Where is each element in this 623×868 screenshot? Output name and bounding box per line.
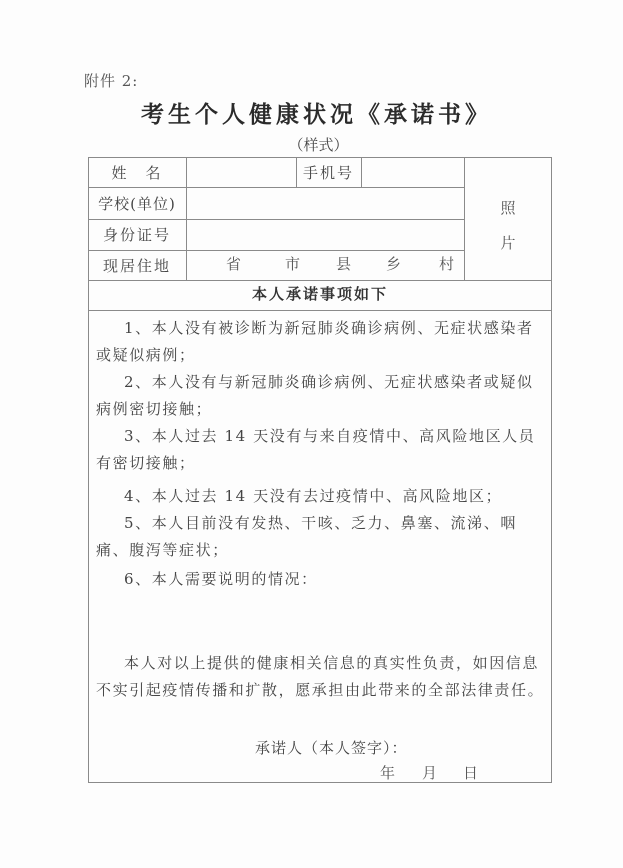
row-divider: [88, 310, 552, 311]
address-province: 省: [226, 253, 241, 274]
phone-label: 手机号: [296, 157, 361, 187]
commitment-item-6: 6、本人需要说明的情况：: [96, 566, 546, 593]
photo-label-1: 照: [464, 197, 552, 218]
commitment-item-5: 5、本人目前没有发热、干咳、乏力、鼻塞、流涕、咽痛、腹泻等症状；: [96, 510, 546, 564]
id-number-label: 身份证号: [88, 219, 186, 250]
commitment-item-3: 3、本人过去 14 天没有与来自疫情中、高风险地区人员有密切接触；: [96, 423, 546, 477]
document-title: 考生个人健康状况《承诺书》: [0, 96, 623, 129]
address-village: 村: [439, 253, 454, 274]
signature-label: 承诺人（本人签字）：: [255, 737, 408, 758]
declaration-text: 本人对以上提供的健康相关信息的真实性负责，如因信息不实引起疫情传播和扩散，愿承担…: [96, 650, 546, 704]
address-township: 乡: [386, 253, 401, 274]
school-field[interactable]: [187, 188, 464, 219]
school-label: 学校(单位): [88, 187, 186, 219]
date-year: 年: [380, 762, 395, 783]
document-subtitle: （样式）: [0, 134, 623, 155]
row-divider: [88, 280, 552, 281]
commitment-item-4: 4、本人过去 14 天没有去过疫情中、高风险地区；: [96, 483, 546, 510]
name-field[interactable]: [187, 158, 296, 187]
id-number-field[interactable]: [187, 220, 464, 250]
date-month: 月: [422, 762, 437, 783]
address-county: 县: [336, 253, 351, 274]
photo-label-2: 片: [464, 232, 552, 253]
name-label: 姓 名: [88, 157, 186, 187]
phone-field[interactable]: [362, 158, 464, 187]
attachment-label: 附件 2:: [84, 70, 138, 91]
commitment-item-2: 2、本人没有与新冠肺炎确诊病例、无症状感染者或疑似病例密切接触；: [96, 369, 546, 423]
address-city: 市: [285, 253, 300, 274]
commitments-heading: 本人承诺事项如下: [88, 283, 552, 304]
date-day: 日: [463, 762, 478, 783]
column-divider: [464, 157, 465, 280]
commitment-item-1: 1、本人没有被诊断为新冠肺炎确诊病例、无症状感染者或疑似病例；: [96, 315, 546, 369]
address-label: 现居住地: [88, 250, 186, 280]
